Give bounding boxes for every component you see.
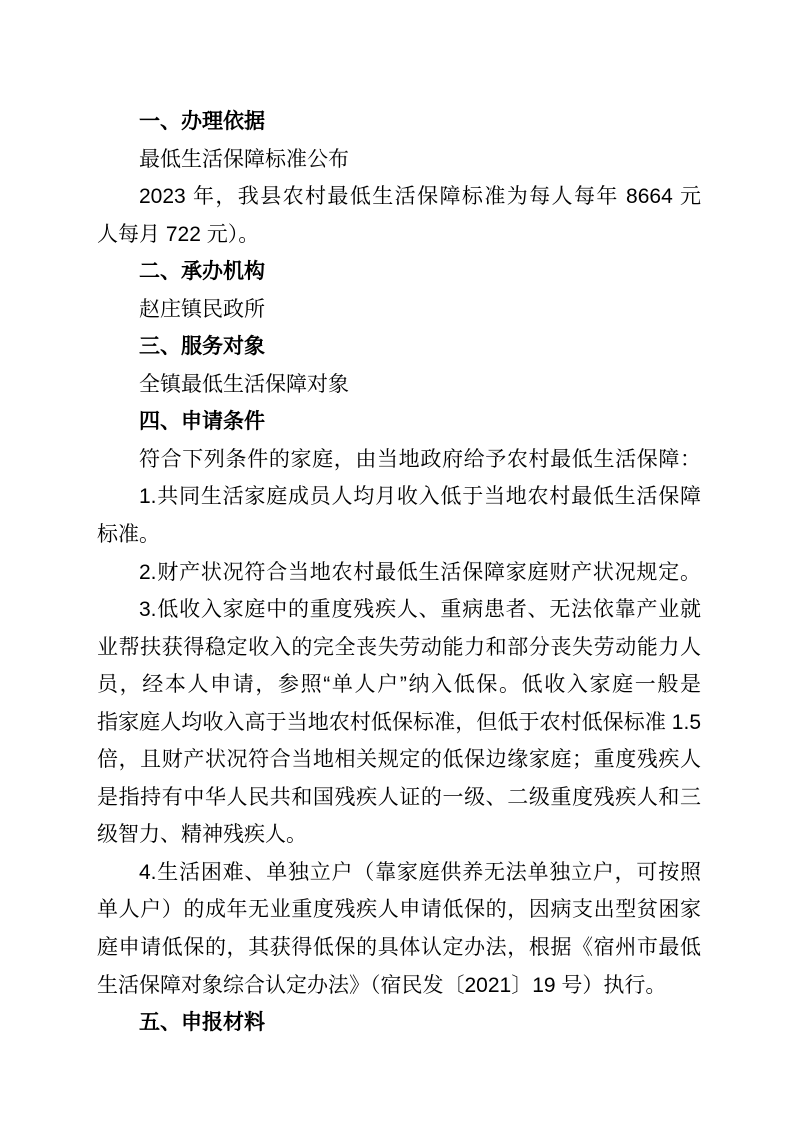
paragraph: 赵庄镇民政所 (97, 291, 701, 329)
paragraph: 符合下列条件的家庭，由当地政府给予农村最低生活保障： (97, 441, 701, 479)
text-line: 一、办理依据 (97, 103, 701, 141)
text-line: 级智力、精神残疾人。 (97, 816, 701, 854)
text-line: 业帮扶获得稳定收入的完全丧失劳动能力和部分丧失劳动能力人 (97, 629, 701, 667)
text-line: 单人户）的成年无业重度残疾人申请低保的，因病支出型贫困家 (97, 891, 701, 929)
text-line: 3.低收入家庭中的重度残疾人、重病患者、无法依靠产业就 (97, 591, 701, 629)
text-line: 指家庭人均收入高于当地农村低保标准，但低于农村低保标准 1.5 (97, 704, 701, 742)
text-line: 员，经本人申请，参照“单人户”纳入低保。低收入家庭一般是 (97, 666, 701, 704)
paragraph: 3.低收入家庭中的重度残疾人、重病患者、无法依靠产业就业帮扶获得稳定收入的完全丧… (97, 591, 701, 854)
text-line: 全镇最低生活保障对象 (97, 366, 701, 404)
document-content: 一、办理依据最低生活保障标准公布2023 年，我县农村最低生活保障标准为每人每年… (97, 103, 701, 1042)
text-line: 符合下列条件的家庭，由当地政府给予农村最低生活保障： (97, 441, 701, 479)
text-line: 赵庄镇民政所 (97, 291, 701, 329)
section-heading: 五、申报材料 (97, 1004, 701, 1042)
text-line: 4.生活困难、单独立户（靠家庭供养无法单独立户，可按照 (97, 854, 701, 892)
text-line: 标准。 (97, 516, 701, 554)
text-line: 2.财产状况符合当地农村最低生活保障家庭财产状况规定。 (97, 554, 701, 592)
paragraph: 2.财产状况符合当地农村最低生活保障家庭财产状况规定。 (97, 554, 701, 592)
section-heading: 三、服务对象 (97, 328, 701, 366)
text-line: 四、申请条件 (97, 403, 701, 441)
section-heading: 四、申请条件 (97, 403, 701, 441)
document-page: 一、办理依据最低生活保障标准公布2023 年，我县农村最低生活保障标准为每人每年… (0, 0, 793, 1122)
paragraph: 1.共同生活家庭成员人均月收入低于当地农村最低生活保障标准。 (97, 478, 701, 553)
text-line: 生活保障对象综合认定办法》（宿民发〔2021〕19 号）执行。 (97, 967, 701, 1005)
paragraph: 2023 年，我县农村最低生活保障标准为每人每年 8664 元（每人每月 722… (97, 178, 701, 253)
section-heading: 二、承办机构 (97, 253, 701, 291)
text-line: 倍，且财产状况符合当地相关规定的低保边缘家庭；重度残疾人 (97, 741, 701, 779)
paragraph: 4.生活困难、单独立户（靠家庭供养无法单独立户，可按照单人户）的成年无业重度残疾… (97, 854, 701, 1004)
text-line: 庭申请低保的，其获得低保的具体认定办法，根据《宿州市最低 (97, 929, 701, 967)
text-line: 2023 年，我县农村最低生活保障标准为每人每年 8664 元（每 (97, 178, 701, 216)
text-line: 人每月 722 元）。 (97, 216, 701, 254)
text-line: 是指持有中华人民共和国残疾人证的一级、二级重度残疾人和三 (97, 779, 701, 817)
text-line: 三、服务对象 (97, 328, 701, 366)
paragraph: 最低生活保障标准公布 (97, 141, 701, 179)
text-line: 1.共同生活家庭成员人均月收入低于当地农村最低生活保障 (97, 478, 701, 516)
text-line: 二、承办机构 (97, 253, 701, 291)
section-heading: 一、办理依据 (97, 103, 701, 141)
text-line: 五、申报材料 (97, 1004, 701, 1042)
paragraph: 全镇最低生活保障对象 (97, 366, 701, 404)
text-line: 最低生活保障标准公布 (97, 141, 701, 179)
